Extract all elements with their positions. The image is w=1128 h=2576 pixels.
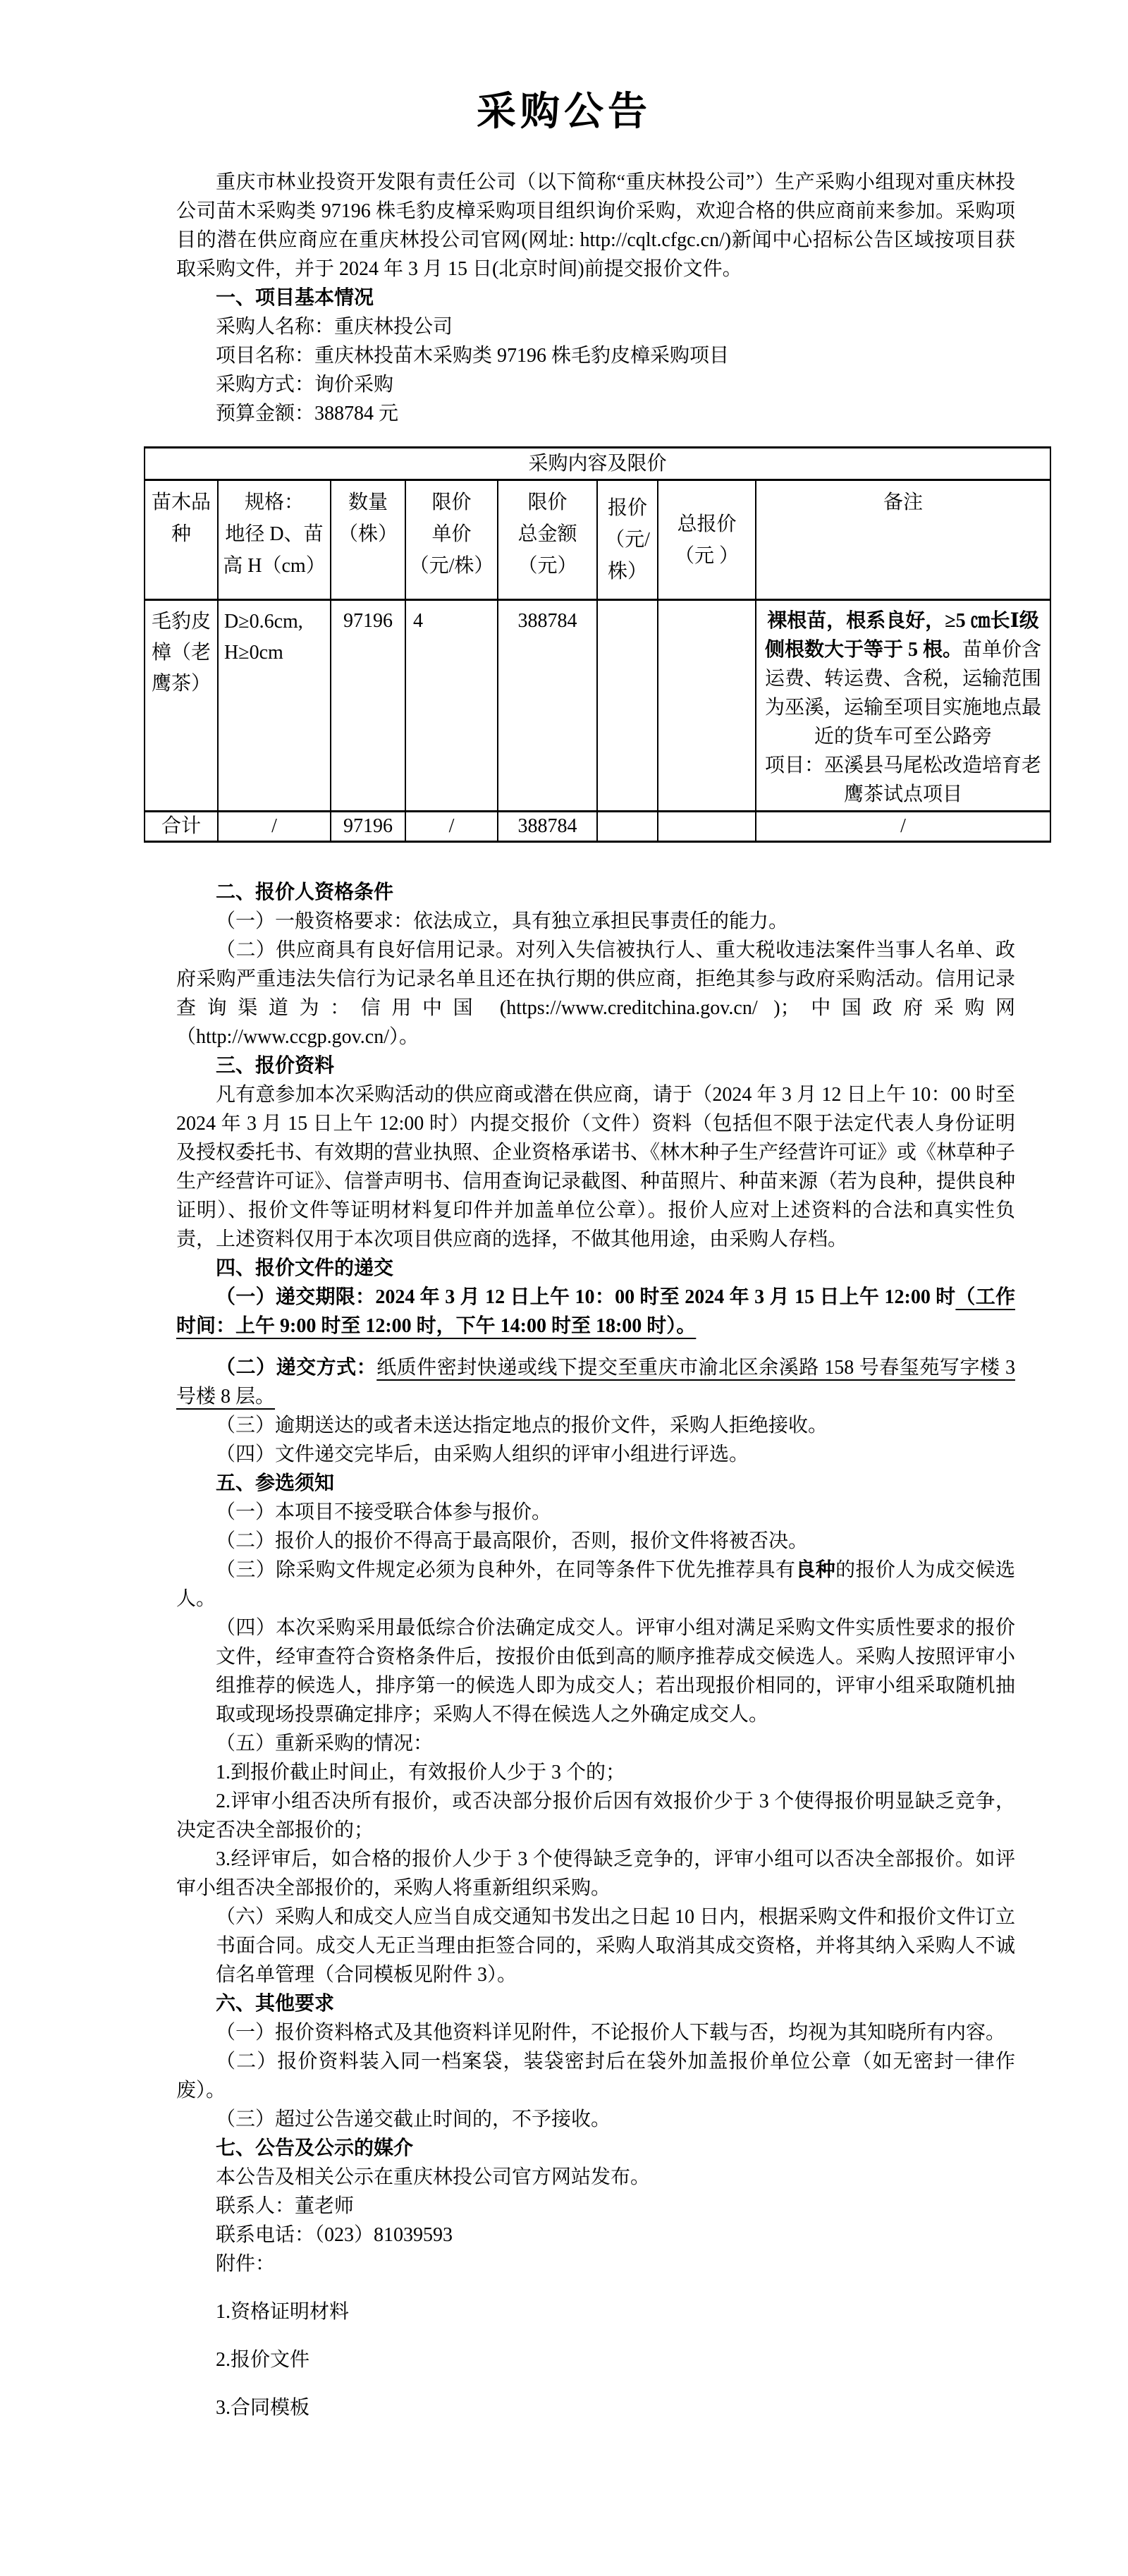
col-header-total-quote: 总报价 （元 ） (658, 480, 756, 600)
section1-heading: 一、项目基本情况 (176, 283, 1015, 312)
section4-item-4: （四）文件递交完毕后，由采购人组织的评审小组进行评选。 (176, 1440, 1015, 1469)
page-title: 采购公告 (0, 89, 1128, 135)
sum-total-quote (658, 812, 756, 842)
procurement-table-wrap: 采购内容及限价 苗木品 种 规格： 地径 D、苗 高 H（cm） 数量 （株） … (144, 446, 1015, 843)
col-header-quote: 报价 （元/ 株） (597, 480, 658, 600)
section5-item-2: （二）报价人的报价不得高于最高限价，否则，报价文件将被否决。 (176, 1527, 1015, 1556)
section2-heading: 二、报价人资格条件 (176, 878, 1015, 907)
sum-label: 合计 (145, 812, 218, 842)
document-body: 重庆市林业投资开发限有责任公司（以下简称“重庆林投公司”）生产采购小组现对重庆林… (176, 168, 1015, 2422)
delivery-method-label: （二）递交方式： (216, 1357, 376, 1379)
section6-item-1: （一）报价资料格式及其他资料详见附件，不论报价人下载与否，均视为其知晓所有内容。 (176, 2018, 1015, 2047)
sum-unit-price-limit: / (405, 812, 498, 842)
section5-item-4: （四）本次采购采用最低综合价法确定成交人。评审小组对满足采购文件实质性要求的报价… (176, 1613, 1015, 1729)
sum-total-price-limit: 388784 (498, 812, 597, 842)
col-header-quantity: 数量 （株） (331, 480, 405, 600)
purchase-method: 采购方式：询价采购 (176, 370, 1015, 399)
section5-list-3: 3.经评审后，如合格的报价人少于 3 个使得缺乏竞争的，评审小组可以否决全部报价… (176, 1845, 1015, 1903)
item3-prefix: （三）除采购文件规定必须为良种外，在同等条件下优先推荐具有 (216, 1559, 795, 1581)
attachment-item-3: 3.合同模板 (176, 2393, 1015, 2422)
section5-item-3: （三）除采购文件规定必须为良种外，在同等条件下优先推荐具有良种的报价人为成交候选… (176, 1556, 1015, 1613)
section4-item-2: （二）递交方式：纸质件密封快递或线下提交至重庆市渝北区余溪路 158 号春玺苑写… (176, 1353, 1015, 1411)
cell-quote (597, 600, 658, 812)
section6-heading: 六、其他要求 (176, 1989, 1015, 2018)
section5-item-6: （六）采购人和成交人应当自成交通知书发出之日起 10 日内，根据采购文件和报价文… (176, 1903, 1015, 1989)
table-caption-row: 采购内容及限价 (145, 448, 1050, 480)
procurement-table: 采购内容及限价 苗木品 种 规格： 地径 D、苗 高 H（cm） 数量 （株） … (144, 446, 1051, 843)
purchaser-name: 采购人名称：重庆林投公司 (176, 312, 1015, 341)
attachment-item-2: 2.报价文件 (176, 2345, 1015, 2374)
item3-bold-term: 良种 (795, 1559, 835, 1581)
intro-paragraph: 重庆市林业投资开发限有责任公司（以下简称“重庆林投公司”）生产采购小组现对重庆林… (176, 168, 1015, 283)
cell-spec: D≥0.6cm, H≥0cm (218, 600, 331, 812)
sum-quantity: 97196 (331, 812, 405, 842)
cell-total-quote (658, 600, 756, 812)
section6-item-3: （三）超过公告递交截止时间的，不予接收。 (176, 2105, 1015, 2134)
table-header-row: 苗木品 种 规格： 地径 D、苗 高 H（cm） 数量 （株） 限价 单价 （元… (145, 480, 1050, 600)
remark-main: 裸根苗，根系良好，≥5 ㎝长Ⅰ级侧根数大于等于 5 根。苗单价含运费、转运费、含… (765, 606, 1041, 751)
attachment-item-1: 1.资格证明材料 (176, 2297, 1015, 2326)
budget-amount: 预算金额：388784 元 (176, 399, 1015, 428)
section3-paragraph: 凡有意参加本次采购活动的供应商或潜在供应商，请于（2024 年 3 月 12 日… (176, 1080, 1015, 1254)
contact-name: 联系人：董老师 (176, 2192, 1015, 2221)
col-header-unit-price-limit: 限价 单价 （元/株） (405, 480, 498, 600)
section5-item-1: （一）本项目不接受联合体参与报价。 (176, 1498, 1015, 1527)
table-caption: 采购内容及限价 (145, 448, 1050, 480)
section6-item-2: （二）报价资料装入同一档案袋，装袋密封后在袋外加盖报价单位公章（如无密封一律作废… (176, 2047, 1015, 2105)
cell-remark: 裸根苗，根系良好，≥5 ㎝长Ⅰ级侧根数大于等于 5 根。苗单价含运费、转运费、含… (756, 600, 1050, 812)
section2-item-1: （一）一般资格要求：依法成立，具有独立承担民事责任的能力。 (176, 907, 1015, 936)
sum-quote (597, 812, 658, 842)
cell-quantity: 97196 (331, 600, 405, 812)
sum-remark: / (756, 812, 1050, 842)
col-header-remark: 备注 (756, 480, 1050, 600)
section5-item-5: （五）重新采购的情况： (176, 1729, 1015, 1758)
section5-heading: 五、参选须知 (176, 1469, 1015, 1498)
attachments-label: 附件： (176, 2250, 1015, 2278)
col-header-spec: 规格： 地径 D、苗 高 H（cm） (218, 480, 331, 600)
contact-phone: 联系电话：（023）81039593 (176, 2221, 1015, 2250)
document-page: 采购公告 重庆市林业投资开发限有责任公司（以下简称“重庆林投公司”）生产采购小组… (0, 0, 1128, 2576)
cell-total-price-limit: 388784 (498, 600, 597, 812)
col-header-species: 苗木品 种 (145, 480, 218, 600)
section4-item-1: （一）递交期限：2024 年 3 月 12 日上午 10：00 时至 2024 … (176, 1283, 1015, 1341)
section5-list-2: 2.评审小组否决所有报价，或否决部分报价后因有效报价少于 3 个使得报价明显缺乏… (176, 1787, 1015, 1845)
cell-species: 毛豹皮樟（老鹰茶） (145, 600, 218, 812)
section3-heading: 三、报价资料 (176, 1051, 1015, 1080)
cell-unit-price-limit: 4 (405, 600, 498, 812)
section5-list-1: 1.到报价截止时间止，有效报价人少于 3 个的； (176, 1758, 1015, 1787)
project-name: 项目名称：重庆林投苗木采购类 97196 株毛豹皮樟采购项目 (176, 341, 1015, 370)
remark-project-line: 项目：巫溪县马尾松改造培育老鹰茶试点项目 (765, 751, 1041, 809)
deadline-text: （一）递交期限：2024 年 3 月 12 日上午 10：00 时至 2024 … (216, 1286, 955, 1308)
table-data-row: 毛豹皮樟（老鹰茶） D≥0.6cm, H≥0cm 97196 4 388784 … (145, 600, 1050, 812)
col-header-total-price-limit: 限价 总金额 （元） (498, 480, 597, 600)
table-total-row: 合计 / 97196 / 388784 / (145, 812, 1050, 842)
sum-spec: / (218, 812, 331, 842)
publish-media-line: 本公告及相关公示在重庆林投公司官方网站发布。 (176, 2163, 1015, 2192)
section4-item-3: （三）逾期送达的或者未送达指定地点的报价文件，采购人拒绝接收。 (176, 1411, 1015, 1440)
section4-heading: 四、报价文件的递交 (176, 1254, 1015, 1283)
section2-item-2: （二）供应商具有良好信用记录。对列入失信被执行人、重大税收违法案件当事人名单、政… (176, 936, 1015, 1051)
section7-heading: 七、公告及公示的媒介 (176, 2134, 1015, 2163)
